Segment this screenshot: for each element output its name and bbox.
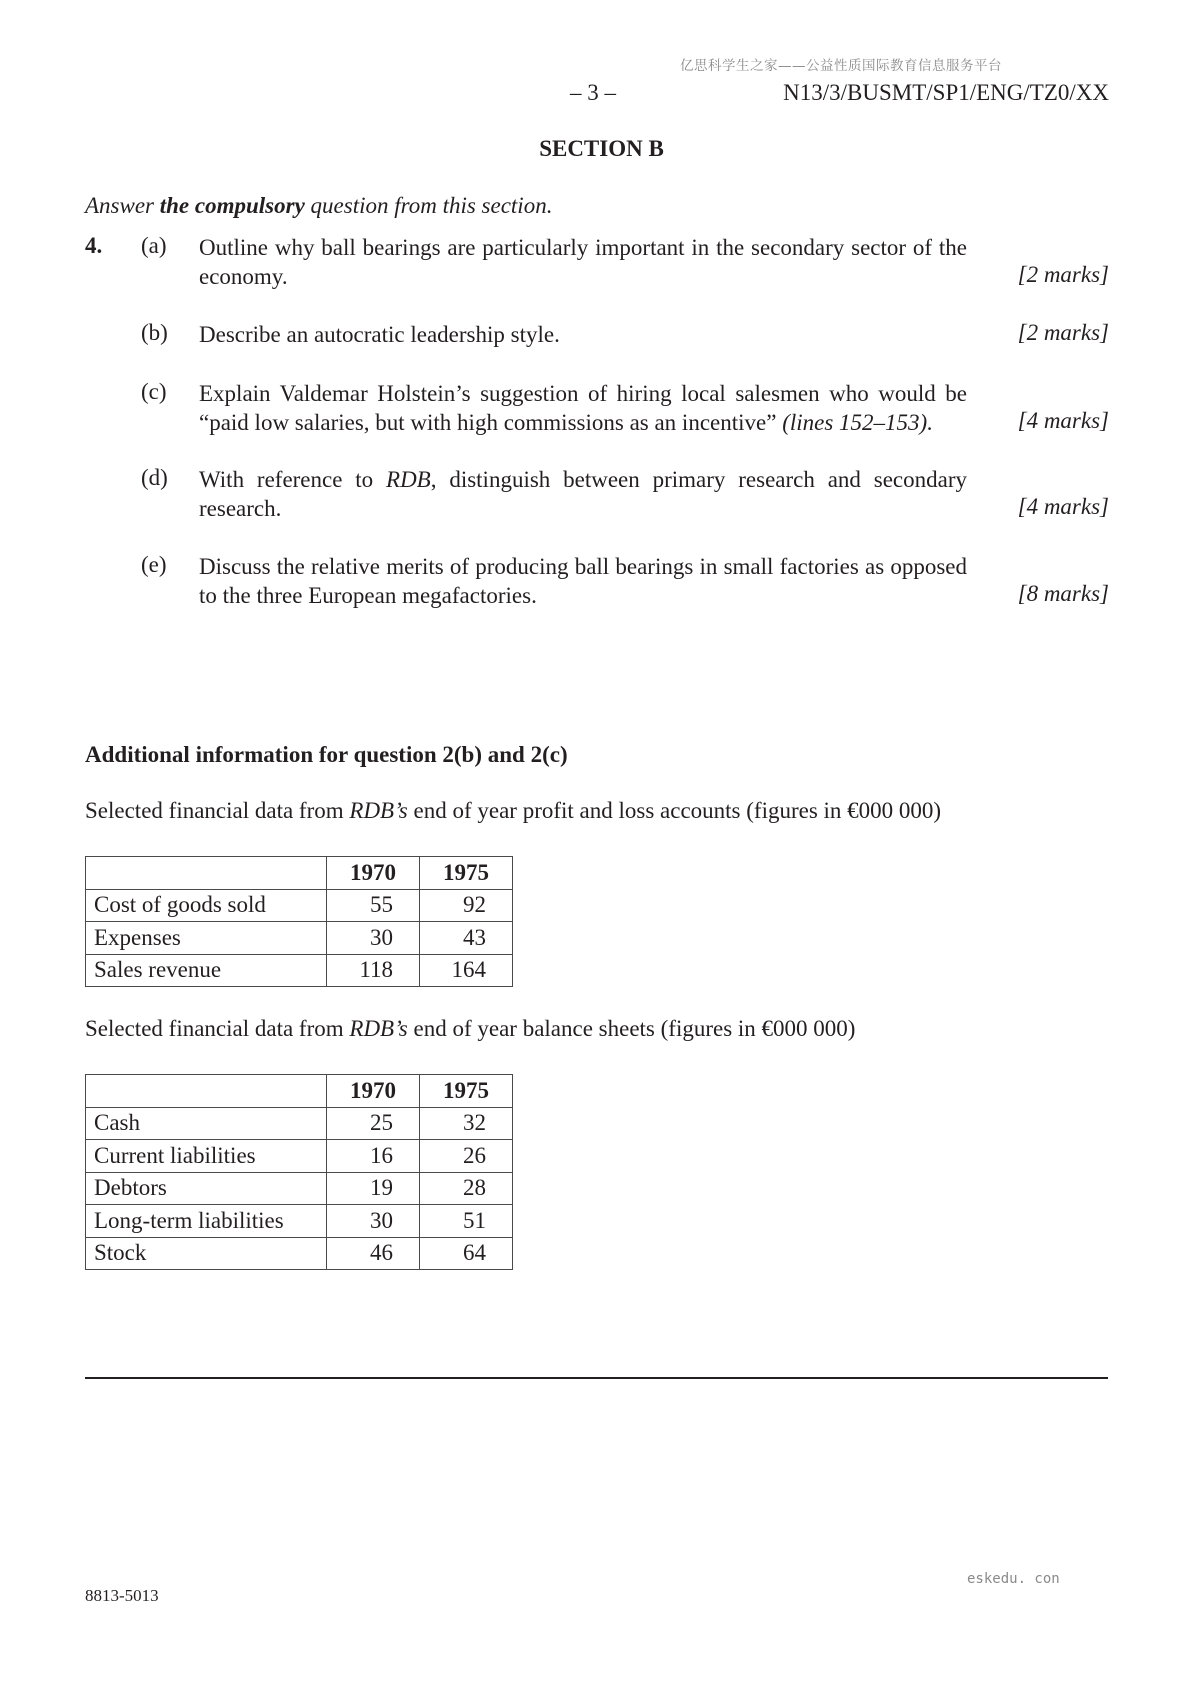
part-c-marks: [4 marks] bbox=[1018, 408, 1109, 434]
part-d-body-start: With reference to bbox=[199, 467, 386, 492]
part-a-label: (a) bbox=[141, 233, 167, 259]
table-row: Stock 46 64 bbox=[86, 1237, 513, 1270]
instruction-suffix: question from this section. bbox=[305, 193, 553, 218]
part-d-marks: [4 marks] bbox=[1018, 494, 1109, 520]
column-header: 1970 bbox=[327, 1075, 420, 1108]
cell-1970: 118 bbox=[327, 954, 420, 987]
cell-1975: 164 bbox=[420, 954, 513, 987]
cell-value: 118 bbox=[353, 955, 393, 985]
part-d-text: With reference to RDB, distinguish betwe… bbox=[199, 465, 967, 523]
row-label: Cash bbox=[86, 1107, 327, 1140]
row-label: Expenses bbox=[86, 922, 327, 955]
cell-value: 19 bbox=[353, 1173, 393, 1203]
cell-value: 43 bbox=[446, 923, 486, 953]
cell-1975: 26 bbox=[420, 1140, 513, 1173]
caption-end: end of year profit and loss accounts (fi… bbox=[408, 798, 941, 823]
table-row: Long-term liabilities 30 51 bbox=[86, 1205, 513, 1238]
cell-value: 55 bbox=[353, 890, 393, 920]
cell-1975: 64 bbox=[420, 1237, 513, 1270]
table-row: Current liabilities 16 26 bbox=[86, 1140, 513, 1173]
cell-value: 46 bbox=[353, 1238, 393, 1268]
document-code: N13/3/BUSMT/SP1/ENG/TZ0/XX bbox=[783, 80, 1109, 106]
table-corner-cell bbox=[86, 1075, 327, 1108]
header-watermark: 亿思科学生之家——公益性质国际教育信息服务平台 bbox=[680, 54, 1002, 74]
row-label: Cost of goods sold bbox=[86, 889, 327, 922]
caption-company: RDB’s bbox=[349, 1016, 407, 1041]
horizontal-divider bbox=[85, 1377, 1108, 1379]
table-header-row: 1970 1975 bbox=[86, 857, 513, 890]
part-c-text: Explain Valdemar Holstein’s suggestion o… bbox=[199, 379, 967, 437]
column-header: 1975 bbox=[420, 857, 513, 890]
table-row: Cost of goods sold 55 92 bbox=[86, 889, 513, 922]
table-header-row: 1970 1975 bbox=[86, 1075, 513, 1108]
table-row: Sales revenue 118 164 bbox=[86, 954, 513, 987]
table-row: Expenses 30 43 bbox=[86, 922, 513, 955]
column-header: 1970 bbox=[327, 857, 420, 890]
cell-value: 64 bbox=[446, 1238, 486, 1268]
cell-1975: 92 bbox=[420, 889, 513, 922]
part-e-text: Discuss the relative merits of producing… bbox=[199, 552, 967, 610]
section-title: SECTION B bbox=[0, 136, 1191, 162]
row-label: Long-term liabilities bbox=[86, 1205, 327, 1238]
cell-1970: 30 bbox=[327, 922, 420, 955]
part-d-company-name: RDB bbox=[386, 467, 431, 492]
cell-value: 164 bbox=[446, 955, 486, 985]
cell-1970: 30 bbox=[327, 1205, 420, 1238]
part-e-marks: [8 marks] bbox=[1018, 581, 1109, 607]
row-label: Debtors bbox=[86, 1172, 327, 1205]
caption-start: Selected financial data from bbox=[85, 1016, 349, 1041]
question-number: 4. bbox=[85, 233, 102, 259]
part-c-label: (c) bbox=[141, 379, 167, 405]
caption-end: end of year balance sheets (figures in €… bbox=[408, 1016, 856, 1041]
part-a-marks: [2 marks] bbox=[1018, 262, 1109, 288]
footer-watermark: eskedu. con bbox=[967, 1571, 1060, 1587]
part-a-text: Outline why ball bearings are particular… bbox=[199, 233, 967, 291]
instruction-emphasis: the compulsory bbox=[160, 193, 305, 218]
cell-value: 51 bbox=[446, 1206, 486, 1236]
caption-start: Selected financial data from bbox=[85, 798, 349, 823]
cell-1970: 55 bbox=[327, 889, 420, 922]
cell-value: 30 bbox=[353, 1206, 393, 1236]
row-label: Current liabilities bbox=[86, 1140, 327, 1173]
table-row: Debtors 19 28 bbox=[86, 1172, 513, 1205]
part-c-line-reference: (lines 152–153). bbox=[776, 410, 933, 435]
row-label: Stock bbox=[86, 1237, 327, 1270]
cell-value: 26 bbox=[446, 1141, 486, 1171]
footer-code: 8813-5013 bbox=[85, 1586, 159, 1606]
cell-1970: 16 bbox=[327, 1140, 420, 1173]
profit-loss-table: 1970 1975 Cost of goods sold 55 92 Expen… bbox=[85, 856, 513, 987]
cell-1970: 46 bbox=[327, 1237, 420, 1270]
cell-value: 28 bbox=[446, 1173, 486, 1203]
cell-value: 30 bbox=[353, 923, 393, 953]
balance-sheet-table: 1970 1975 Cash 25 32 Current liabilities… bbox=[85, 1074, 513, 1270]
part-b-text: Describe an autocratic leadership style. bbox=[199, 320, 967, 349]
cell-1970: 25 bbox=[327, 1107, 420, 1140]
balance-sheet-caption: Selected financial data from RDB’s end o… bbox=[85, 1016, 855, 1042]
cell-1975: 28 bbox=[420, 1172, 513, 1205]
part-b-marks: [2 marks] bbox=[1018, 320, 1109, 346]
cell-value: 16 bbox=[353, 1141, 393, 1171]
column-header: 1975 bbox=[420, 1075, 513, 1108]
table-corner-cell bbox=[86, 857, 327, 890]
cell-1970: 19 bbox=[327, 1172, 420, 1205]
row-label: Sales revenue bbox=[86, 954, 327, 987]
caption-company: RDB’s bbox=[349, 798, 407, 823]
part-b-label: (b) bbox=[141, 320, 168, 346]
table-row: Cash 25 32 bbox=[86, 1107, 513, 1140]
additional-info-heading: Additional information for question 2(b)… bbox=[85, 742, 568, 768]
part-d-label: (d) bbox=[141, 465, 168, 491]
cell-value: 92 bbox=[446, 890, 486, 920]
cell-1975: 43 bbox=[420, 922, 513, 955]
section-instruction: Answer the compulsory question from this… bbox=[85, 193, 552, 219]
instruction-prefix: Answer bbox=[85, 193, 160, 218]
cell-1975: 32 bbox=[420, 1107, 513, 1140]
part-e-label: (e) bbox=[141, 552, 167, 578]
cell-value: 32 bbox=[446, 1108, 486, 1138]
cell-1975: 51 bbox=[420, 1205, 513, 1238]
cell-value: 25 bbox=[353, 1108, 393, 1138]
profit-loss-caption: Selected financial data from RDB’s end o… bbox=[85, 798, 941, 824]
page-number: – 3 – bbox=[570, 80, 616, 106]
